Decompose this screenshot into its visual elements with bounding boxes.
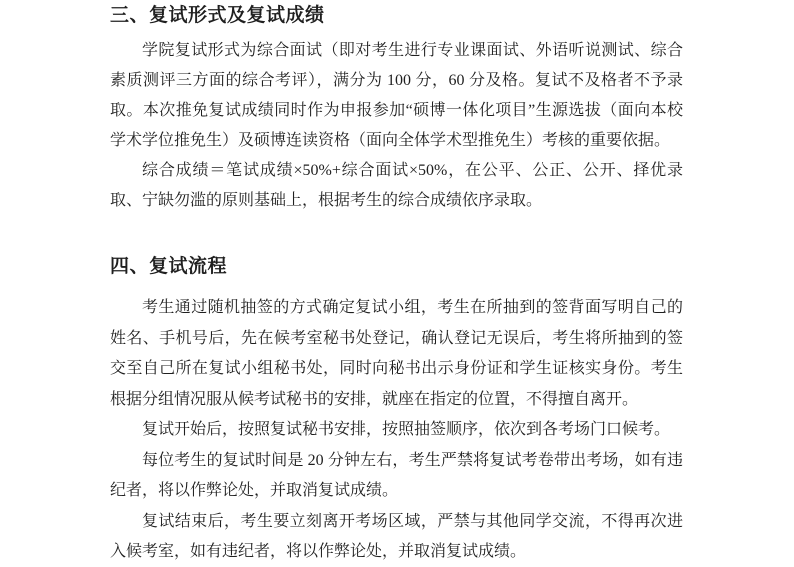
section-retest-format-and-scores: 三、复试形式及复试成绩 学院复试形式为综合面试（即对考生进行专业课面试、外语听说… [110, 2, 683, 216]
paragraph-waiting-order: 复试开始后，按照复试秘书安排，按照抽签顺序，依次到各考场门口候考。 [110, 415, 683, 446]
section-retest-process: 四、复试流程 考生通过随机抽签的方式确定复试小组，考生在所抽到的签背面写明自己的… [110, 253, 683, 567]
paragraph-retest-format: 学院复试形式为综合面试（即对考生进行专业课面试、外语听说测试、综合素质测评三方面… [110, 36, 683, 156]
section-heading-retest-process: 四、复试流程 [110, 253, 683, 281]
section-heading-retest-format: 三、复试形式及复试成绩 [110, 2, 683, 30]
paragraph-after-retest-rules: 复试结束后，考生要立刻离开考场区域，严禁与其他同学交流，不得再次进入候考室，如有… [110, 507, 683, 567]
paragraph-composite-score-formula: 综合成绩＝笔试成绩×50%+综合面试×50%，在公平、公正、公开、择优录取、宁缺… [110, 156, 683, 216]
document-page: 三、复试形式及复试成绩 学院复试形式为综合面试（即对考生进行专业课面试、外语听说… [0, 0, 794, 567]
paragraph-interview-duration: 每位考生的复试时间是 20 分钟左右，考生严禁将复试考卷带出考场，如有违纪者，将… [110, 446, 683, 507]
paragraph-group-assignment: 考生通过随机抽签的方式确定复试小组，考生在所抽到的签背面写明自己的姓名、手机号后… [110, 293, 683, 415]
